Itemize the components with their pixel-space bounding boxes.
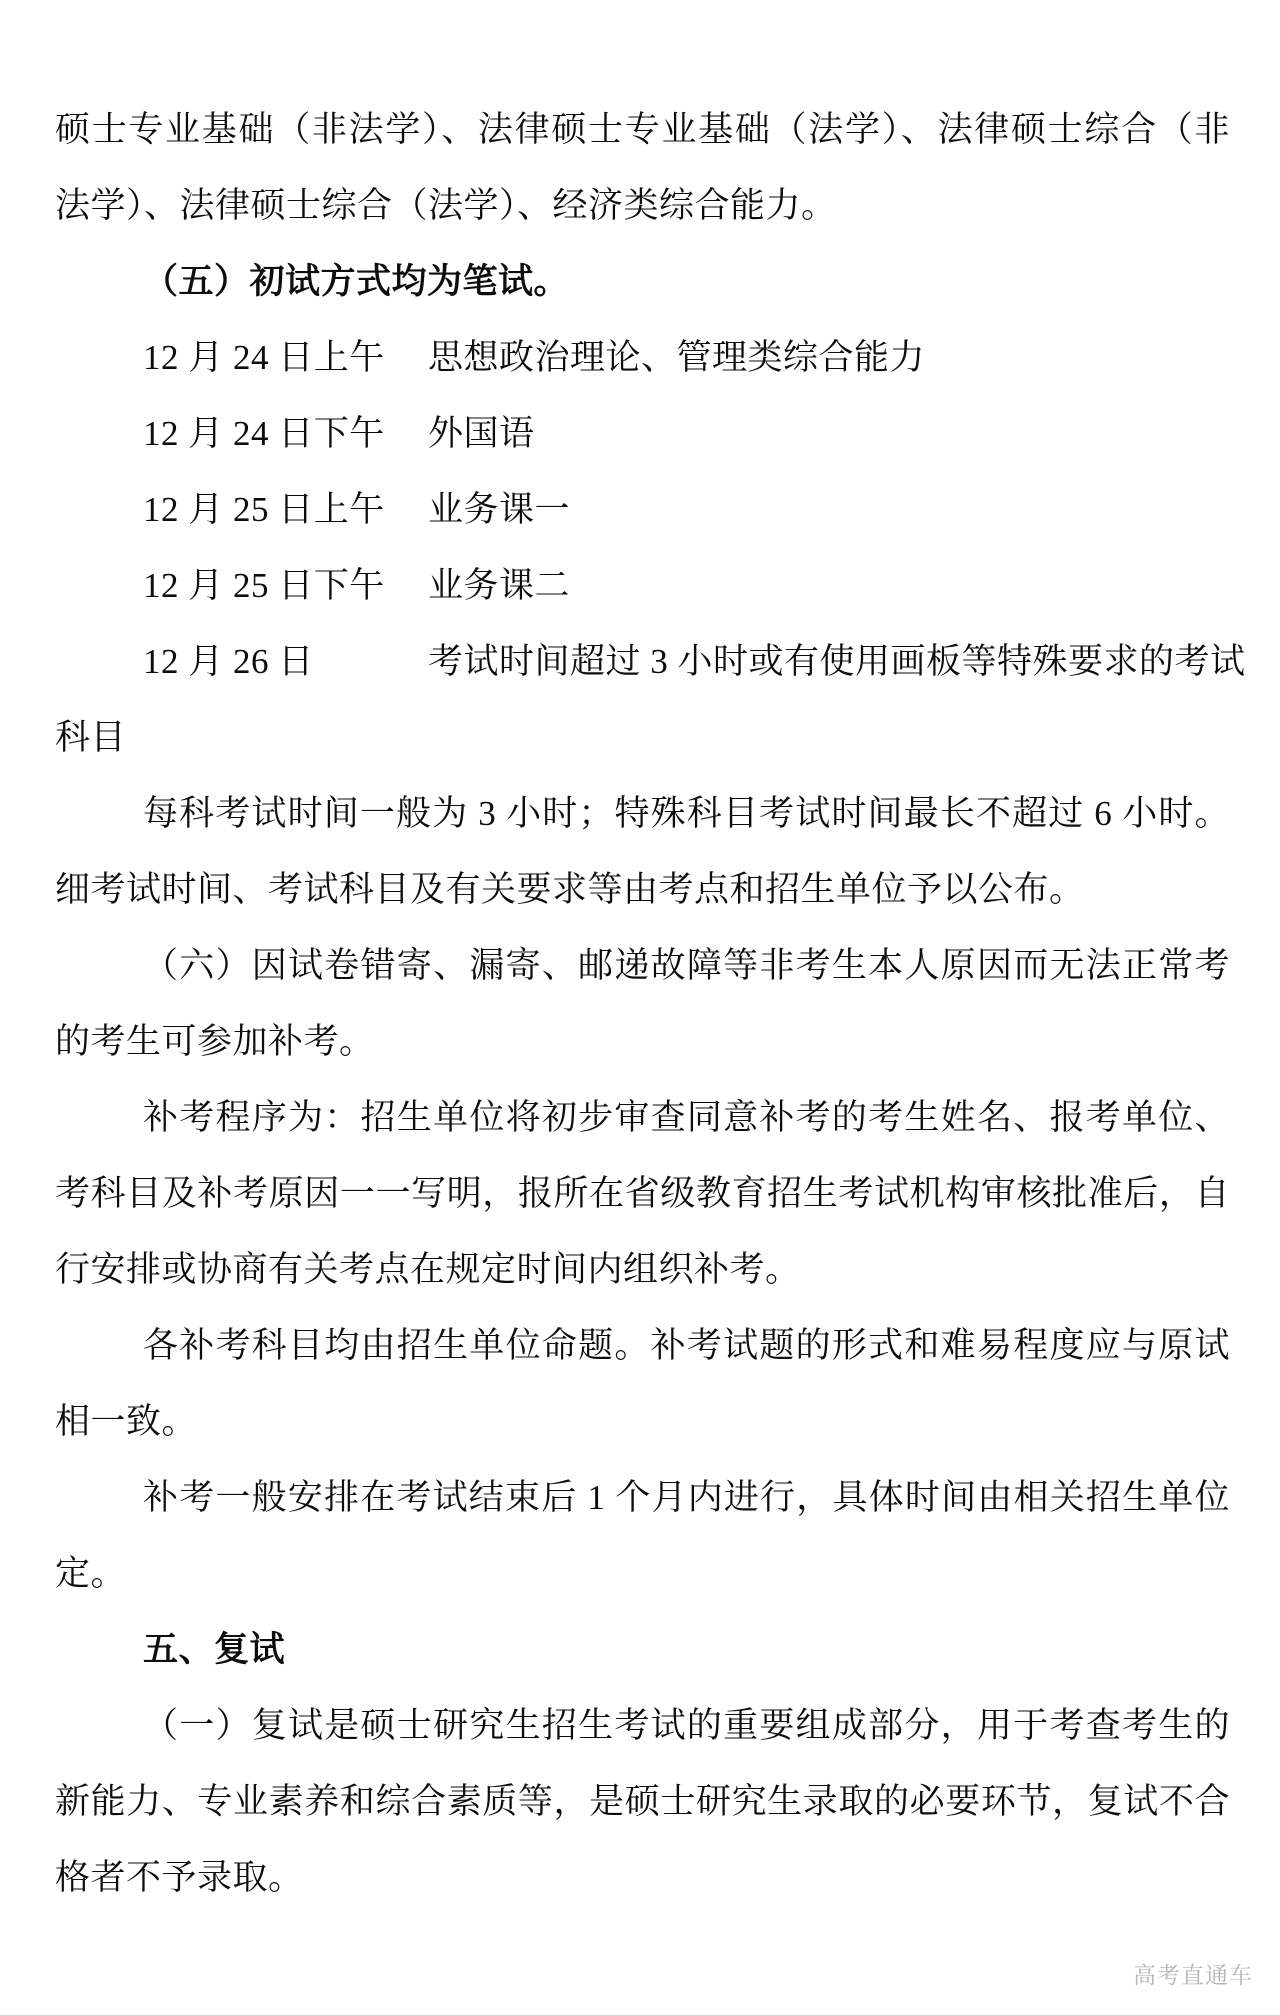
schedule-row: 12 月 24 日下午外国语 xyxy=(55,396,1230,472)
watermark: 高考直通车 xyxy=(1133,1964,1253,1987)
text-line: 法学）、法律硕士综合（法学）、经济类综合能力。 xyxy=(55,168,1230,244)
text-line: 各补考科目均由招生单位命题。补考试题的形式和难易程度应与原试题 xyxy=(55,1308,1230,1384)
schedule-row: 12 月 25 日下午业务课二 xyxy=(55,548,1230,624)
text-line: 定。 xyxy=(55,1536,1230,1612)
schedule-row: 12 月 24 日上午思想政治理论、管理类综合能力 xyxy=(55,320,1230,396)
schedule-subject: 业务课一 xyxy=(428,472,1230,548)
text-line: 的考生可参加补考。 xyxy=(55,1004,1230,1080)
schedule-subject: 思想政治理论、管理类综合能力 xyxy=(428,320,1230,396)
schedule-time: 12 月 26 日 xyxy=(143,624,428,700)
section-heading: （五）初试方式均为笔试。 xyxy=(55,244,1230,320)
document-content: 硕士专业基础（非法学）、法律硕士专业基础（法学）、法律硕士综合（非法学）、法律硕… xyxy=(55,92,1230,1916)
schedule-time: 12 月 25 日上午 xyxy=(143,472,428,548)
text-line: 相一致。 xyxy=(55,1384,1230,1460)
text-line: 考科目及补考原因一一写明，报所在省级教育招生考试机构审核批准后，自 xyxy=(55,1156,1230,1232)
schedule-time: 12 月 24 日下午 xyxy=(143,396,428,472)
schedule-subject: 考试时间超过 3 小时或有使用画板等特殊要求的考试 xyxy=(428,624,1246,700)
text-line: 硕士专业基础（非法学）、法律硕士专业基础（法学）、法律硕士综合（非 xyxy=(55,92,1230,168)
schedule-row: 12 月 25 日上午业务课一 xyxy=(55,472,1230,548)
text-line: 科目 xyxy=(55,700,1230,776)
text-line: 细考试时间、考试科目及有关要求等由考点和招生单位予以公布。 xyxy=(55,852,1230,928)
schedule-subject: 业务课二 xyxy=(428,548,1230,624)
text-line: （一）复试是硕士研究生招生考试的重要组成部分，用于考查考生的创 xyxy=(55,1688,1230,1764)
text-line: （六）因试卷错寄、漏寄、邮递故障等非考生本人原因而无法正常考试 xyxy=(55,928,1230,1004)
section-heading: 五、复试 xyxy=(55,1612,1230,1688)
text-line: 补考程序为：招生单位将初步审查同意补考的考生姓名、报考单位、补 xyxy=(55,1080,1230,1156)
document-page: 硕士专业基础（非法学）、法律硕士专业基础（法学）、法律硕士综合（非法学）、法律硕… xyxy=(0,0,1280,2015)
schedule-row: 12 月 26 日考试时间超过 3 小时或有使用画板等特殊要求的考试 xyxy=(55,624,1230,700)
text-line: 行安排或协商有关考点在规定时间内组织补考。 xyxy=(55,1232,1230,1308)
text-line: 格者不予录取。 xyxy=(55,1840,1230,1916)
schedule-time: 12 月 25 日下午 xyxy=(143,548,428,624)
text-line: 新能力、专业素养和综合素质等，是硕士研究生录取的必要环节，复试不合 xyxy=(55,1764,1230,1840)
schedule-time: 12 月 24 日上午 xyxy=(143,320,428,396)
schedule-subject: 外国语 xyxy=(428,396,1230,472)
text-line: 每科考试时间一般为 3 小时；特殊科目考试时间最长不超过 6 小时。详 xyxy=(55,776,1230,852)
text-line: 补考一般安排在考试结束后 1 个月内进行，具体时间由相关招生单位确 xyxy=(55,1460,1230,1536)
